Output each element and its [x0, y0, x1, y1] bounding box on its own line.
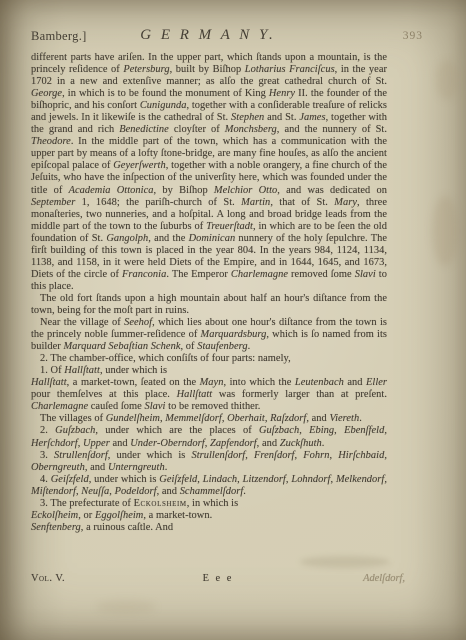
italic-text: Ebing	[309, 425, 334, 436]
paragraph: The villages of Gundelſheim, Memmelſdorf…	[31, 413, 387, 425]
italic-text: Marquard Sebaſtian Schenk	[63, 341, 180, 352]
body-text: .	[322, 438, 325, 449]
italic-text: Treuerſtadt	[206, 221, 253, 232]
italic-text: Stephen	[231, 112, 264, 123]
italic-text: Frenſdorf	[254, 450, 294, 461]
italic-text: Fohrn	[303, 450, 329, 461]
body-text: , under which is	[100, 365, 167, 376]
italic-text: Seehof	[124, 317, 152, 328]
body-text: cloyſter of	[169, 124, 225, 135]
body-text: ,	[329, 450, 338, 461]
header-country-title: G E R M A N Y.	[31, 27, 385, 44]
paragraph: Senftenberg, a ruinous caſtle. And	[31, 522, 387, 534]
italic-text: Theodore	[31, 136, 71, 147]
body-text: .	[243, 486, 246, 497]
paragraph: Hallſtatt, a market-town, ſeated on the …	[31, 377, 387, 413]
italic-text: Oberngreuth	[31, 462, 85, 473]
italic-text: Eggolſheim	[95, 510, 143, 521]
italic-text: Senftenberg	[31, 522, 81, 533]
italic-text: Memmelſdorf	[165, 413, 222, 424]
paper-stain	[436, 60, 458, 100]
italic-text: Eckolſheim	[31, 510, 78, 521]
italic-text: Hirſchbaid	[338, 450, 384, 461]
body-text: . The Emperor	[166, 269, 231, 280]
body-text: ,	[384, 425, 387, 436]
italic-text: Geiſzfeld	[159, 474, 197, 485]
body-text: and	[110, 438, 130, 449]
body-text: The villages of	[40, 413, 106, 424]
body-text: 1. Of	[40, 365, 64, 376]
italic-text: Geyerſwerth	[113, 160, 166, 171]
body-text: , or	[78, 510, 95, 521]
body-text: .	[359, 413, 362, 424]
body-text: , by Biſhop	[154, 185, 214, 196]
body-text: ,	[384, 474, 387, 485]
paragraph: different parts have ariſen. In the uppe…	[31, 52, 387, 293]
body-text: , of	[181, 341, 198, 352]
italic-text: Gangolph	[106, 233, 148, 244]
body-text: , and the	[148, 233, 188, 244]
body-text: , and	[157, 486, 180, 497]
italic-text: Guſzbach	[259, 425, 299, 436]
paper-stain	[432, 196, 458, 266]
italic-text: Dominican	[189, 233, 236, 244]
italic-text: Benedictine	[119, 124, 169, 135]
italic-text: Ebenſfeld	[344, 425, 384, 436]
body-text: , and	[85, 462, 108, 473]
body-text: , and was dedicated on	[277, 185, 387, 196]
body-text: , and the nunnery of St.	[277, 124, 387, 135]
italic-text: Podeldorf	[115, 486, 157, 497]
body-text: .	[248, 341, 251, 352]
italic-text: Monchsberg	[225, 124, 277, 135]
body-text: , and	[306, 413, 329, 424]
italic-text: Petersburg	[123, 64, 169, 75]
body-text: 2.	[40, 425, 55, 436]
paragraph: 3. The prefecturate of Eckolsheim, in wh…	[31, 498, 387, 510]
body-text: The old fort ſtands upon a high mountain…	[31, 293, 387, 316]
italic-text: Zuckſhuth	[280, 438, 322, 449]
body-text: to be removed thither.	[166, 401, 261, 412]
paragraph: 3. Strullenſdorf, under which is Strulle…	[31, 450, 387, 474]
body-text: , and	[257, 438, 280, 449]
book-page: Bamberg.] G E R M A N Y. 393 different p…	[0, 0, 466, 640]
italic-text: Upper	[83, 438, 110, 449]
italic-text: Academia Ottonica	[69, 185, 154, 196]
italic-text: Henry	[269, 88, 295, 99]
body-text: 4.	[40, 474, 51, 485]
italic-text: Lotharius Franciſcus	[245, 64, 335, 75]
italic-text: George	[31, 88, 62, 99]
catchword: Adelſdorf,	[363, 573, 405, 584]
italic-text: Unterngreuth	[108, 462, 165, 473]
body-text: , a market-town.	[143, 510, 212, 521]
paper-stain	[300, 556, 390, 568]
italic-text: Zapfendorf	[210, 438, 257, 449]
paragraph: Eckolſheim, or Eggolſheim, a market-town…	[31, 510, 387, 522]
italic-text: Melchior Otto	[214, 185, 277, 196]
body-text: ,	[294, 450, 303, 461]
body-text: and St.	[264, 112, 299, 123]
body-text: .	[165, 462, 168, 473]
italic-text: Gundelſheim	[106, 413, 160, 424]
body-text: 2. The chamber-office, which conſiſts of…	[40, 353, 291, 364]
body-text: , that of St.	[270, 197, 334, 208]
italic-text: Strullenſdorf	[54, 450, 108, 461]
italic-text: Martin	[241, 197, 270, 208]
italic-text: Slavi	[355, 269, 376, 280]
body-text: cauſed ſome	[88, 401, 144, 412]
italic-text: Marquardsburg	[201, 329, 267, 340]
italic-text: Melkendorf	[336, 474, 384, 485]
italic-text: Strullenſdorf	[191, 450, 245, 461]
italic-text: Viereth	[329, 413, 359, 424]
body-text: , under which is	[89, 474, 160, 485]
page-body: different parts have ariſen. In the uppe…	[31, 52, 387, 534]
body-text: , under which are the places of	[95, 425, 259, 436]
italic-text: Litzendorf	[243, 474, 286, 485]
body-text: , built by Biſhop	[170, 64, 245, 75]
italic-text: Schammelſdorf	[180, 486, 244, 497]
italic-text: Charlemagne	[231, 269, 288, 280]
italic-text: Mayn	[200, 377, 224, 388]
italic-text: Leutenbach	[295, 377, 344, 388]
paragraph: 2. Guſzbach, under which are the places …	[31, 425, 387, 449]
body-text: was formerly larger than at preſent.	[212, 389, 387, 400]
body-text: , a market-town, ſeated on the	[67, 377, 200, 388]
italic-text: James	[299, 112, 325, 123]
italic-text: Lindach	[203, 474, 237, 485]
italic-text: Under-Oberndorf	[130, 438, 204, 449]
italic-text: Eller	[366, 377, 387, 388]
paragraph: The old fort ſtands upon a high mountain…	[31, 293, 387, 317]
page-number: 393	[403, 30, 423, 42]
body-text: ,	[384, 450, 387, 461]
body-text: and	[344, 377, 366, 388]
italic-text: Hallſtatt	[31, 377, 67, 388]
body-text: ,	[334, 425, 344, 436]
italic-text: Mary	[334, 197, 357, 208]
italic-text: September	[31, 197, 75, 208]
body-text: 3. The prefecturate of	[40, 498, 134, 509]
italic-text: Raſzdorf	[270, 413, 306, 424]
italic-text: Neuſſa	[81, 486, 109, 497]
paragraph: Near the village of Seehof, which lies a…	[31, 317, 387, 353]
paragraph: 1. Of Hallſtatt, under which is	[31, 365, 387, 377]
italic-text: Miſtendorf	[31, 486, 76, 497]
body-text: ,	[299, 425, 309, 436]
body-text: pour themſelves at this place.	[31, 389, 177, 400]
body-text: ,	[245, 450, 254, 461]
paragraph: 4. Geiſzfeld, under which is Geiſzfeld, …	[31, 474, 387, 498]
body-text: , a ruinous caſtle. And	[81, 522, 173, 533]
italic-text: Slavi	[144, 401, 165, 412]
page-footer: Vol. V. E e e Adelſdorf,	[31, 573, 405, 587]
italic-text: Guſzbach	[55, 425, 95, 436]
body-text: Near the village of	[40, 317, 124, 328]
italic-text: Oberhait	[227, 413, 265, 424]
body-text: , under which is	[108, 450, 192, 461]
body-text: , into which the	[223, 377, 294, 388]
italic-text: Herſchdorf	[31, 438, 78, 449]
italic-text: Staufenberg	[197, 341, 247, 352]
italic-text: Cunigunda	[140, 100, 187, 111]
body-text: , in which is	[187, 498, 238, 509]
italic-text: Charlemagne	[31, 401, 88, 412]
body-text: 3.	[40, 450, 54, 461]
signature-mark: E e e	[31, 573, 405, 584]
paragraph: 2. The chamber-office, which conſiſts of…	[31, 353, 387, 365]
smallcaps-text: Eckolsheim	[134, 498, 187, 509]
body-text: removed ſome	[288, 269, 355, 280]
italic-text: Geiſzfeld	[51, 474, 89, 485]
body-text: 1, 1648; the pariſh-church of St.	[75, 197, 241, 208]
italic-text: Hallſtatt	[64, 365, 100, 376]
italic-text: Lohndorf	[291, 474, 330, 485]
body-text: , in which is to be found the monument o…	[62, 88, 269, 99]
italic-text: Franconia	[122, 269, 166, 280]
paper-stain	[96, 600, 156, 614]
italic-text: Hallſtatt	[177, 389, 213, 400]
running-header: Bamberg.] G E R M A N Y. 393	[31, 27, 405, 45]
